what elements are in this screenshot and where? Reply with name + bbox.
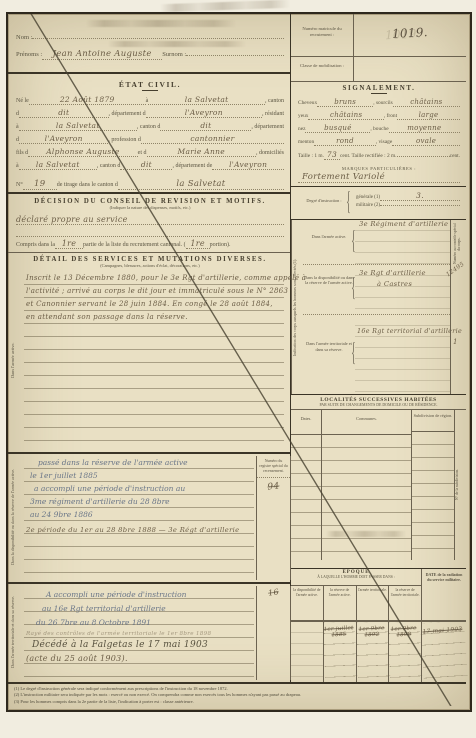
footer-notes: (1) Le degré d'instruction générale sera…	[14, 686, 462, 705]
matricule-label: Numéro matricule du recrutement :	[291, 14, 354, 56]
corps-reserve-value: 3e Rgt d'artillerie	[359, 269, 426, 277]
tirage-canton-label: de tirage dans le canton d	[57, 182, 118, 188]
localites-col-communes: Communes.	[322, 410, 411, 435]
marques-label: MARQUES PARTICULIÈRES :	[298, 166, 460, 171]
localites-dates-cells	[291, 435, 321, 560]
birth-date: 22 Août 1879	[29, 95, 146, 105]
territoriale-stamp-line: A accompli une période d'instruction	[46, 590, 186, 599]
ne-le-label: Né le	[16, 98, 29, 104]
canton-value: dit	[19, 108, 109, 118]
yeux-value: châtains	[308, 111, 383, 120]
corps-number-label: Numéro au contrôle spécial du corps.	[453, 222, 461, 266]
epoque-col-value: 1er juillet 1885	[322, 621, 357, 684]
numero-tirage-label: N°	[16, 182, 23, 188]
reserve-stamp-line: a accompli une période d'instruction au	[34, 484, 185, 493]
territoriale-side-label: Dans l'armée territoriale et dans sa rés…	[10, 588, 20, 676]
header-rule	[8, 72, 290, 74]
service-entry-line: et Canonnier servant le 28 juin 1884. En…	[26, 300, 273, 308]
nom-field	[32, 38, 284, 39]
services-title: DÉTAIL DES SERVICES ET MUTATIONS DIVERSE…	[16, 256, 284, 263]
departement3-label: , département de	[172, 163, 212, 169]
profession-value: cantonnier	[141, 134, 284, 144]
thin-rule	[8, 252, 290, 253]
cheveux-value: bruns	[317, 98, 373, 107]
birth-place: la Salvetat	[148, 95, 265, 105]
faded-entry	[326, 531, 406, 537]
corps-row-label: Dans la disponibilité ou dans la réserve…	[303, 265, 355, 314]
service-entry-line: Inscrit le 13 Décembre 1880, pour le 3e …	[26, 274, 306, 282]
localites-subdivision-cells	[412, 432, 454, 560]
prenoms-value: Jean Antoine Auguste	[42, 49, 162, 60]
localites-col-subdivision: Subdivision de région.	[412, 410, 454, 432]
portion-label: portion).	[210, 242, 231, 248]
reserve-stamp-line: 3me régiment d'artillerie du 28 8bre	[30, 497, 170, 506]
localites-side-label: N° de la subdivision.	[455, 410, 466, 560]
instruction-militaire-label: militaire (2)	[356, 203, 380, 208]
numero-tirage-value: 19	[23, 179, 57, 190]
section-rule	[8, 452, 290, 454]
corps-row-label: Dans l'armée active.	[303, 220, 355, 264]
menton-label: menton	[298, 139, 314, 145]
epoque-table: ÉPOQUE À LAQUELLE L'HOMME DOIT PASSER DA…	[291, 568, 466, 683]
instruction-generale-label: générale (1)	[356, 195, 380, 200]
reserve-entries: passé dans la réserve de l'armée active …	[24, 456, 254, 580]
section-rule	[8, 192, 290, 194]
services-section: DÉTAIL DES SERVICES ET MUTATIONS DIVERSE…	[16, 256, 284, 268]
bouche-value: moyenne	[389, 124, 460, 133]
menton-value: rond	[314, 137, 376, 146]
corps-row-label: Dans l'armée territoriale et dans sa rés…	[303, 315, 355, 394]
departement3-value: l'Aveyron	[212, 160, 284, 170]
section-rule	[8, 582, 290, 584]
service-entry-line: en attendant son passage dans la réserve…	[26, 313, 188, 321]
portion-value: 1re	[186, 239, 210, 249]
tirage-canton-value: la Salvetat	[118, 179, 284, 190]
marques-value: Fortement Variolé	[298, 172, 460, 183]
death-record-act: (acte du 25 août 1903).	[26, 654, 128, 663]
front-value: large	[397, 111, 460, 120]
surnom-label: Surnom :	[162, 51, 186, 58]
header-matricule: Numéro matricule du recrutement : 1019. …	[291, 14, 466, 82]
services-entries: Inscrit le 13 Décembre 1880, pour le 3e …	[24, 272, 284, 450]
liste-label: partie de la liste du recrutement canton…	[83, 242, 186, 248]
canton2-label: , canton d	[137, 124, 161, 130]
localites-communes-cells	[322, 435, 411, 560]
instruction-label: Degré d'instruction :	[298, 191, 350, 215]
reserve-stamp-line: passé dans la réserve de l'armée active	[38, 458, 188, 467]
footer-rule	[8, 682, 466, 684]
footer-note-3: (3) Pour les hommes compris dans la 2e p…	[14, 699, 462, 705]
epoque-col-label: l'armée territoriale.	[357, 586, 389, 622]
taille-label: Taille : 1 m.	[298, 153, 324, 159]
bouche-label: , bouche	[370, 126, 388, 132]
epoque-subtitle: À LAQUELLE L'HOMME DOIT PASSER DANS :	[291, 575, 421, 579]
taille-value: 73	[324, 150, 340, 160]
surnom-field	[186, 55, 284, 56]
signalement-title: SIGNALEMENT.	[298, 84, 460, 92]
decision-title: DÉCISION DU CONSEIL DE REVISION ET MOTIF…	[16, 198, 284, 205]
father-name: Alphonse Auguste	[28, 147, 138, 157]
epoque-col-value: 1er 9bre 1892	[355, 621, 390, 684]
reserve-stamp-line: au 24 9bre 1886	[30, 510, 93, 519]
epoque-col-label: la réserve de l'armée active.	[324, 586, 356, 622]
pencil-scribble	[160, 0, 290, 12]
localites-subtitle: PAR SUITE DE CHANGEMENTS DE DOMICILE OU …	[291, 403, 466, 407]
nom-faded-ink	[108, 41, 246, 47]
rule	[291, 186, 466, 187]
territoriale-stamp-line: au 16e Rgt territorial d'artillerie	[42, 604, 166, 613]
departement-label: , département d	[109, 111, 146, 117]
register-number-value: 94	[257, 480, 291, 493]
reserve-hand-line: 2e période du 1er au 28 8bre 1888 — 3e R…	[26, 526, 239, 534]
classe-label: Classe de mobilisation :	[291, 57, 354, 81]
corps-number-value: 1	[453, 338, 458, 346]
flourish	[142, 90, 158, 91]
epoque-col-value: 1er 9bre 1898	[388, 621, 423, 684]
matricule-value: 1019.	[353, 11, 467, 59]
instruction-generale-value: 3.	[380, 191, 460, 201]
corps-reserve-value2: à Castres	[377, 280, 412, 288]
residant-label: , résidant	[262, 111, 284, 117]
signalement-section: SIGNALEMENT. Cheveux bruns , sourcils ch…	[298, 84, 460, 183]
yeux-label: yeux	[298, 113, 308, 119]
decision-value: déclaré propre au service	[16, 215, 284, 225]
faded-scribble	[86, 20, 236, 27]
services-side-label: Dans l'armée active.	[10, 274, 20, 446]
header-identity: Nom : Prénoms : Jean Antoine Auguste Sur…	[16, 34, 284, 64]
mother-name: Marie Anne	[147, 147, 257, 157]
decision-subtitle: (Indiquer la nature des dispenses, motif…	[16, 205, 284, 210]
sourcils-label: , sourcils	[373, 100, 392, 106]
decision-section: DÉCISION DU CONSEIL DE REVISION ET MOTIF…	[16, 198, 284, 253]
cent-label: cent.	[450, 153, 460, 159]
reserve-stamp-line: le 1er juillet 1885	[30, 471, 98, 480]
instruction-section: Degré d'instruction : générale (1) 3. mi…	[298, 191, 460, 215]
departement2-label: , département	[251, 124, 284, 130]
profession-label: , profession d	[108, 137, 141, 143]
fils-de-label: fils d	[16, 150, 28, 156]
flourish	[371, 93, 387, 94]
et-de-label: et d	[138, 150, 147, 156]
localites-col-dates: Dates.	[291, 410, 321, 435]
territoriale-register-column: 16	[256, 586, 291, 680]
corps-active-value: 3e Régiment d'artillerie	[359, 220, 448, 228]
taille-rectifiee-field	[397, 156, 450, 157]
prenoms-label: Prénoms :	[16, 51, 42, 58]
nom-label: Nom :	[16, 34, 32, 41]
blank-line	[16, 225, 284, 237]
canton-label: , canton	[265, 98, 284, 104]
localites-section: LOCALITÉS SUCCESSIVES HABITÉES PAR SUITE…	[291, 394, 466, 569]
territoriale-entries: A accompli une période d'instruction au …	[24, 586, 254, 680]
nez-label: nez	[298, 126, 305, 132]
taille-rectifiee-label: cent. Taille rectifiée : 2 m.	[340, 153, 397, 159]
radiation-date-label: DATE de la radiation du service militair…	[422, 569, 466, 622]
departement2-value: l'Aveyron	[19, 134, 108, 144]
corps-table: Indication des corps auxquels les hommes…	[291, 220, 466, 394]
departement-value: l'Aveyron	[146, 108, 262, 118]
death-record: Décédé à la Falgetas le 17 mai 1903	[32, 640, 208, 650]
residence-value: la Salvetat	[19, 121, 137, 131]
visage-label: , visage	[376, 139, 392, 145]
epoque-col-value	[291, 622, 323, 683]
nez-value: busqué	[305, 124, 370, 133]
compris-label: Compris dans la	[16, 242, 55, 248]
service-entry-line: l'activité ; arrivé au corps le dit jour…	[26, 287, 288, 295]
territoriale-stamp-line: du 26 7bre au 8 Octobre 1891	[36, 618, 151, 627]
register-card: Nom : Prénoms : Jean Antoine Auguste Sur…	[6, 12, 472, 712]
canton2-value: dit	[160, 121, 251, 131]
sourcils-value: châtains	[393, 98, 460, 107]
territoriale-hand-line: Rayé des contrôles de l'armée territoria…	[26, 631, 211, 637]
domicile-value: la Salvetat	[19, 160, 97, 170]
services-subtitle: (Campagnes, blessures, actions d'éclat, …	[16, 263, 284, 268]
etat-civil-title: ÉTAT CIVIL.	[16, 80, 284, 89]
front-label: , front	[384, 113, 397, 119]
domicilies-label: , domiciliés	[256, 150, 284, 156]
corps-territoriale-value: 16e Rgt territorial d'artillerie	[357, 327, 462, 335]
register-number-value: 16	[257, 586, 291, 600]
epoque-col-label: la disponibilité de l'armée active.	[291, 586, 323, 622]
cheveux-label: Cheveux	[298, 100, 317, 106]
classe-field	[354, 57, 466, 81]
corps-side-label: Indication des corps auxquels les hommes…	[291, 220, 303, 394]
register-number-label: Numéro du registre spécial du recensemen…	[257, 456, 290, 478]
instruction-militaire-field	[380, 205, 460, 206]
visage-value: ovale	[392, 137, 460, 146]
epoque-col-label: la réserve de l'armée territoriale.	[389, 586, 421, 622]
reserve-side-label: Dans la disponibilité ou dans la réserve…	[10, 458, 20, 576]
canton3-label: , canton d	[97, 163, 121, 169]
reserve-register-column: Numéro du registre spécial du recensemen…	[256, 456, 291, 580]
corps-number-column: Numéro au contrôle spécial du corps. 124…	[450, 220, 466, 394]
radiation-date-value: 17 mai 1903	[420, 621, 468, 685]
canton3-value: dit	[120, 160, 172, 170]
liste-partie-value: 1re	[55, 239, 83, 249]
etat-civil-section: ÉTAT CIVIL. Né le 22 Août 1879 à la Salv…	[16, 80, 284, 194]
